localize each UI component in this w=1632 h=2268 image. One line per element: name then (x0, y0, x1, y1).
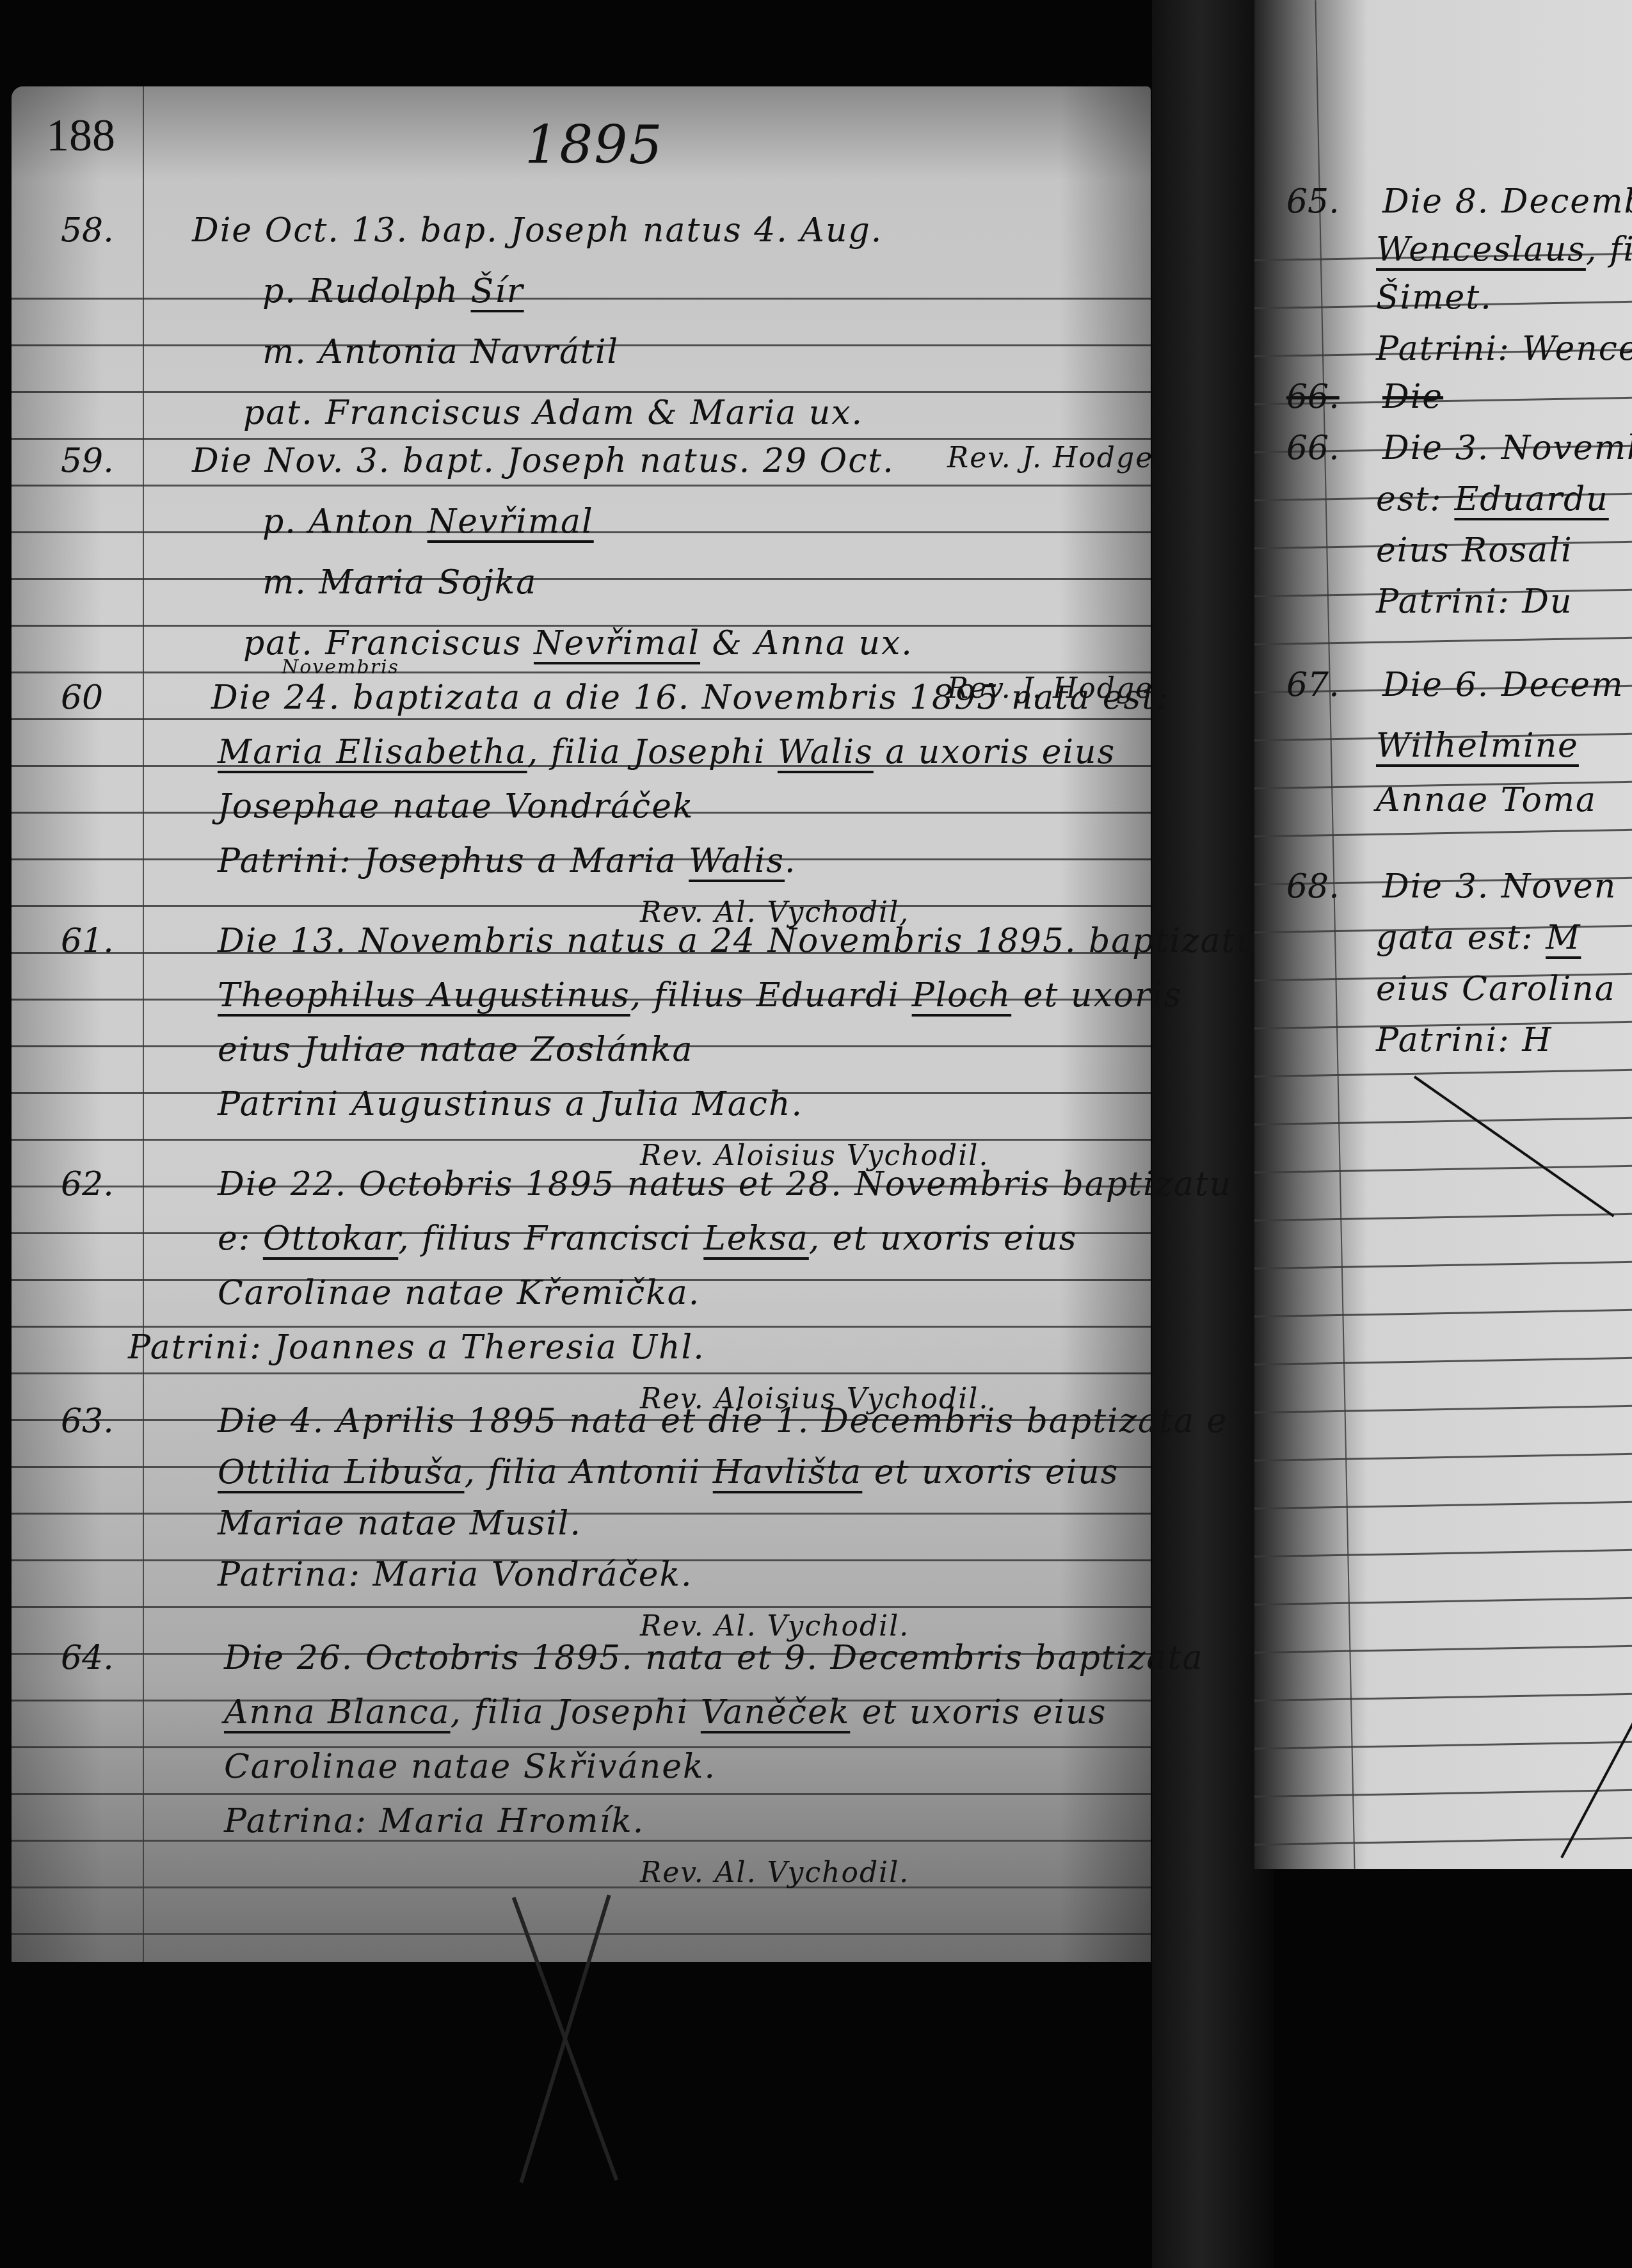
ruled-line (12, 485, 1151, 487)
entry-line: gata est: M (1376, 919, 1581, 957)
entry-line: Die Nov. 3. bapt. Joseph natus. 29 Oct. (192, 442, 895, 480)
underlined-name: Wilhelmine (1376, 727, 1579, 765)
underlined-name: Vaněček (701, 1693, 850, 1732)
entry-line: Wilhelmine (1376, 727, 1579, 765)
page-number: 188 (46, 109, 115, 162)
entry-line: m. Maria Sojka (262, 563, 537, 602)
entry-line: eius Rosali (1376, 531, 1573, 570)
entry-line: Patrini: Wence (1376, 330, 1632, 368)
entry-number: 58. (61, 211, 114, 250)
entry-line: pat. Franciscus Adam & Maria ux. (243, 394, 863, 432)
ruled-line (12, 905, 1151, 907)
underlined-name: Nevřimal (428, 503, 594, 541)
entry-line: Josephae natae Vondráček (218, 787, 694, 826)
entry-line: Die 8. Decemb (1382, 182, 1632, 221)
entry-line: Die 3. Novemb (1382, 429, 1632, 467)
entry-line: p. Anton Nevřimal (262, 503, 594, 541)
underlined-name: Eduardu (1454, 480, 1608, 519)
ruled-line (12, 1326, 1151, 1328)
ruled-line (1254, 1453, 1632, 1461)
entry-number: 61. (61, 922, 114, 960)
entry-line: e: Ottokar, filius Francisci Leksa, et u… (218, 1219, 1077, 1258)
entry-line: Anna Blanca, filia Josephi Vaněček et ux… (224, 1693, 1107, 1732)
entry-line: m. Antonia Navrátil (262, 333, 619, 371)
page-year: 1895 (525, 115, 664, 176)
entry-line: est: Eduardu (1376, 480, 1609, 519)
ruled-line (12, 1886, 1151, 1888)
underlined-name: Ottokar (263, 1219, 398, 1258)
entry-line: Šimet. (1376, 278, 1492, 317)
ruled-line (1254, 1213, 1632, 1221)
ruled-line (1254, 829, 1632, 837)
underlined-name: Ploch (912, 976, 1012, 1015)
ruled-line (1254, 1357, 1632, 1365)
entry-line: eius Carolina (1376, 970, 1616, 1008)
entry-line: Patrini: H (1376, 1021, 1553, 1059)
ruled-line (1254, 1261, 1632, 1269)
underlined-name: Walis (689, 842, 785, 880)
entry-line: Carolinae natae Skřivánek. (224, 1748, 716, 1786)
entry-signature: Rev. J. Hodge (947, 442, 1153, 474)
entry-number: 62. (61, 1165, 114, 1203)
entry-number: 68. (1286, 867, 1340, 906)
entry-line: Ottilia Libuša, filia Antonii Havlišta e… (218, 1453, 1119, 1492)
ruled-line (1254, 1309, 1632, 1317)
entry-line: Carolinae natae Křemička. (218, 1274, 700, 1312)
entry-line: Mariae natae Musil. (218, 1504, 582, 1543)
underlined-name: Wenceslaus (1376, 230, 1586, 269)
entry-line: Patrina: Maria Vondráček. (218, 1556, 693, 1594)
entry-line: Die 13. Novembris natus a 24 Novembris 1… (218, 922, 1310, 960)
entry-line: Die 3. Noven (1382, 867, 1617, 906)
ruled-line (12, 1372, 1151, 1374)
entry-line: Die 24. baptizata a die 16. Novembris 18… (211, 679, 1169, 717)
entry-line: Die (1382, 378, 1443, 416)
ruled-line (1254, 1693, 1632, 1701)
entry-number: 66. (1286, 378, 1340, 416)
ruled-line (12, 438, 1151, 440)
entry-number: 67. (1286, 666, 1340, 704)
underlined-name: Walis (778, 733, 874, 771)
entry-line: Die 4. Aprilis 1895 nata et die 1. Decem… (218, 1402, 1228, 1440)
entry-number: 59. (61, 442, 114, 480)
entry-line: Die Oct. 13. bap. Joseph natus 4. Aug. (192, 211, 883, 250)
ruled-line (1254, 1645, 1632, 1653)
ruled-line (1254, 1837, 1632, 1846)
entry-signature: Rev. Al. Vychodil. (640, 1610, 909, 1643)
entry-line: Patrini: Josephus a Maria Walis. (218, 842, 797, 880)
ruled-line (12, 718, 1151, 720)
entry-number: 63. (61, 1402, 114, 1440)
entry-line: Annae Toma (1376, 781, 1597, 819)
underlined-name: M (1546, 919, 1581, 957)
entry-number: 65. (1286, 182, 1340, 221)
underlined-name: Anna Blanca (224, 1693, 451, 1732)
entry-number: 64. (61, 1639, 114, 1677)
underlined-name: Maria Elisabetha (218, 733, 527, 771)
entry-superscript: Novembris (282, 656, 399, 679)
margin-rule (143, 86, 144, 1962)
ruled-line (1254, 1117, 1632, 1125)
underlined-name: Šír (471, 272, 524, 310)
ruled-line (12, 578, 1151, 580)
entry-line: Patrini: Joannes a Theresia Uhl. (128, 1328, 705, 1367)
entry-line: Die 26. Octobris 1895. nata et 9. Decemb… (224, 1639, 1204, 1677)
ruled-line (1254, 1549, 1632, 1557)
entry-line: Wenceslaus, fil (1376, 230, 1632, 269)
ruled-line (1254, 1741, 1632, 1749)
ruled-line (12, 1933, 1151, 1935)
entry-line: eius Juliae natae Zoslánka (218, 1031, 693, 1069)
underlined-name: Theophilus Augustinus (218, 976, 630, 1015)
ruled-line (1254, 1597, 1632, 1605)
underlined-name: Leksa (703, 1219, 809, 1258)
entry-line: Theophilus Augustinus, filius Eduardi Pl… (218, 976, 1182, 1015)
ruled-line (1254, 1165, 1632, 1173)
entry-number: 66. (1286, 429, 1340, 467)
ruled-line (1254, 1405, 1632, 1413)
entry-line: Die 6. Decem (1382, 666, 1624, 704)
entry-signature: Rev. Al. Vychodil. (640, 1856, 909, 1889)
ruled-line (12, 298, 1151, 300)
ruled-line (12, 1606, 1151, 1608)
entry-line: Patrina: Maria Hromík. (224, 1802, 644, 1840)
ruled-line (1254, 637, 1632, 645)
underlined-name: Havlišta (713, 1453, 863, 1492)
ruled-line (12, 391, 1151, 393)
entry-line: Maria Elisabetha, filia Josephi Walis a … (218, 733, 1116, 771)
margin-rule (1315, 0, 1355, 1869)
ruled-line (12, 1793, 1151, 1795)
entry-line: Patrini Augustinus a Julia Mach. (218, 1085, 803, 1123)
entry-number: 60 (61, 679, 103, 717)
ruled-line (1254, 1789, 1632, 1798)
underlined-name: Ottilia Libuša (218, 1453, 464, 1492)
ruled-line (1254, 1501, 1632, 1509)
ruled-line (1254, 1069, 1632, 1077)
entry-line: Die 22. Octobris 1895 natus et 28. Novem… (218, 1165, 1232, 1203)
underlined-name: Nevřimal (534, 624, 700, 663)
entry-line: Patrini: Du (1376, 583, 1572, 621)
entry-line: p. Rudolph Šír (262, 272, 524, 310)
